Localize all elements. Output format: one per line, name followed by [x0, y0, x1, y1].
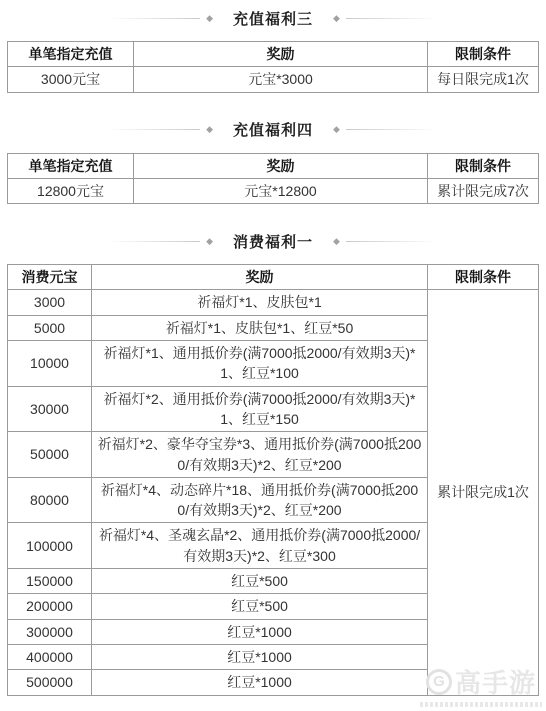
reward-cell: 红豆*500 [92, 594, 428, 619]
diamond-icon-left: ◆ [206, 14, 213, 23]
column-header: 单笔指定充值 [8, 42, 134, 67]
amount-cell: 400000 [8, 644, 92, 669]
reward-cell: 红豆*500 [92, 569, 428, 594]
table-row: 12800元宝元宝*12800累计限完成7次 [8, 178, 539, 203]
benefit-section: ◆ 消费福利一 ◆ 消费元宝奖励限制条件 3000祈福灯*1、皮肤包*1累计限完… [7, 231, 539, 695]
title-divider-left [108, 18, 200, 19]
column-header: 消费元宝 [8, 265, 92, 290]
limit-cell: 每日限完成1次 [428, 67, 539, 92]
amount-cell: 3000元宝 [8, 67, 134, 92]
reward-cell: 祈福灯*4、圣魂玄晶*2、通用抵价券(满7000抵2000/有效期3天)*2、红… [92, 523, 428, 569]
amount-cell: 200000 [8, 594, 92, 619]
title-divider-left [108, 241, 200, 242]
column-header: 限制条件 [428, 265, 539, 290]
section-title-text: 充值福利三 [233, 8, 313, 29]
reward-cell: 红豆*1000 [92, 644, 428, 669]
diamond-icon-left: ◆ [206, 125, 213, 134]
diamond-icon-left: ◆ [206, 237, 213, 246]
sections-root: ◆ 充值福利三 ◆ 单笔指定充值奖励限制条件 3000元宝元宝*3000每日限完… [7, 8, 539, 696]
header-row: 消费元宝奖励限制条件 [8, 265, 539, 290]
reward-cell: 元宝*12800 [134, 178, 428, 203]
reward-cell: 祈福灯*4、动态碎片*18、通用抵价券(满7000抵2000/有效期3天)*2、… [92, 477, 428, 523]
amount-cell: 3000 [8, 290, 92, 315]
watermark-subtext-strip [420, 702, 542, 707]
reward-cell: 祈福灯*1、通用抵价券(满7000抵2000/有效期3天)*1、红豆*100 [92, 341, 428, 387]
amount-cell: 80000 [8, 477, 92, 523]
amount-cell: 30000 [8, 386, 92, 432]
amount-cell: 5000 [8, 315, 92, 340]
column-header: 限制条件 [428, 153, 539, 178]
benefit-table: 单笔指定充值奖励限制条件 3000元宝元宝*3000每日限完成1次 [7, 41, 539, 93]
benefit-page: ◆ 充值福利三 ◆ 单笔指定充值奖励限制条件 3000元宝元宝*3000每日限完… [0, 8, 546, 696]
amount-cell: 12800元宝 [8, 178, 134, 203]
diamond-icon-right: ◆ [333, 125, 340, 134]
reward-cell: 红豆*1000 [92, 619, 428, 644]
header-row: 单笔指定充值奖励限制条件 [8, 42, 539, 67]
benefit-table: 消费元宝奖励限制条件 3000祈福灯*1、皮肤包*1累计限完成1次5000祈福灯… [7, 264, 539, 695]
title-divider-right [346, 241, 438, 242]
diamond-icon-right: ◆ [333, 14, 340, 23]
reward-cell: 祈福灯*2、通用抵价券(满7000抵2000/有效期3天)*1、红豆*150 [92, 386, 428, 432]
limit-cell: 累计限完成1次 [428, 290, 539, 695]
benefit-section: ◆ 充值福利四 ◆ 单笔指定充值奖励限制条件 12800元宝元宝*12800累计… [7, 120, 539, 205]
column-header: 奖励 [134, 153, 428, 178]
table-row: 3000元宝元宝*3000每日限完成1次 [8, 67, 539, 92]
section-title: ◆ 充值福利三 ◆ [7, 8, 539, 28]
header-row: 单笔指定充值奖励限制条件 [8, 153, 539, 178]
amount-cell: 300000 [8, 619, 92, 644]
section-title-text: 充值福利四 [233, 119, 313, 140]
amount-cell: 100000 [8, 523, 92, 569]
title-divider-right [346, 18, 438, 19]
reward-cell: 祈福灯*1、皮肤包*1 [92, 290, 428, 315]
section-title: ◆ 消费福利一 ◆ [7, 231, 539, 251]
section-title-text: 消费福利一 [233, 231, 313, 252]
column-header: 奖励 [134, 42, 428, 67]
amount-cell: 50000 [8, 432, 92, 478]
limit-cell: 累计限完成7次 [428, 178, 539, 203]
column-header: 限制条件 [428, 42, 539, 67]
reward-cell: 祈福灯*1、皮肤包*1、红豆*50 [92, 315, 428, 340]
diamond-icon-right: ◆ [333, 237, 340, 246]
section-title: ◆ 充值福利四 ◆ [7, 120, 539, 140]
table-row: 3000祈福灯*1、皮肤包*1累计限完成1次 [8, 290, 539, 315]
reward-cell: 红豆*1000 [92, 670, 428, 695]
amount-cell: 150000 [8, 569, 92, 594]
amount-cell: 10000 [8, 341, 92, 387]
title-divider-left [108, 129, 200, 130]
benefit-table: 单笔指定充值奖励限制条件 12800元宝元宝*12800累计限完成7次 [7, 153, 539, 205]
title-divider-right [346, 129, 438, 130]
benefit-section: ◆ 充值福利三 ◆ 单笔指定充值奖励限制条件 3000元宝元宝*3000每日限完… [7, 8, 539, 93]
reward-cell: 祈福灯*2、豪华夺宝券*3、通用抵价券(满7000抵2000/有效期3天)*2、… [92, 432, 428, 478]
reward-cell: 元宝*3000 [134, 67, 428, 92]
column-header: 奖励 [92, 265, 428, 290]
amount-cell: 500000 [8, 670, 92, 695]
column-header: 单笔指定充值 [8, 153, 134, 178]
